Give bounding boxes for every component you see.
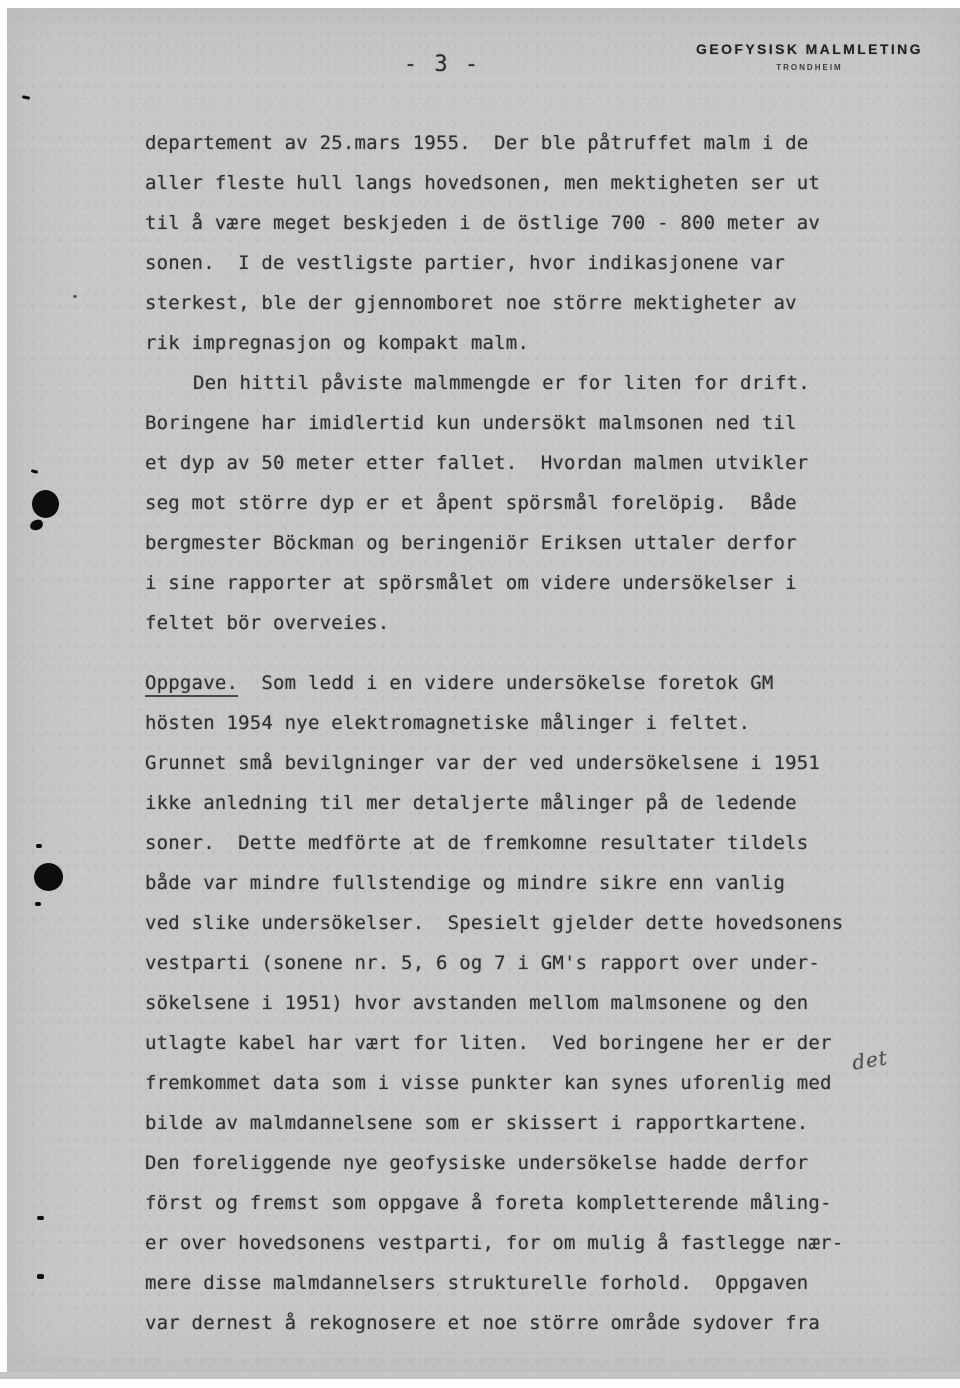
- document-body: departement av 25.mars 1955. Der ble påt…: [145, 123, 865, 1343]
- text-line: Boringene har imidlertid kun undersökt m…: [145, 403, 865, 443]
- text-line: vestparti (sonene nr. 5, 6 og 7 i GM's r…: [145, 943, 865, 983]
- text-line: seg mot större dyp er et åpent spörsmål …: [145, 483, 865, 523]
- text-line: först og fremst som oppgave å foreta kom…: [145, 1183, 865, 1223]
- text-line: hösten 1954 nye elektromagnetiske måling…: [145, 703, 865, 743]
- ink-speck: [73, 295, 77, 298]
- ink-speck: [37, 1274, 44, 1279]
- ink-speck: [31, 469, 39, 474]
- text-line: sökelsene i 1951) hvor avstanden mellom …: [145, 983, 865, 1023]
- letterhead: GEOFYSISK MALMLETING TRONDHEIM: [662, 41, 957, 72]
- text-line: er over hovedsonens vestparti, for om mu…: [145, 1223, 865, 1263]
- text-line: Den hittil påviste malmmengde er for lit…: [145, 363, 865, 403]
- text-line: aller fleste hull langs hovedsonen, men …: [145, 163, 865, 203]
- text-line: et dyp av 50 meter etter fallet. Hvordan…: [145, 443, 865, 483]
- text-line: soner. Dette medförte at de fremkomne re…: [145, 823, 865, 863]
- ink-speck: [22, 95, 30, 100]
- text-line: utlagte kabel har vært for liten. Ved bo…: [145, 1023, 865, 1063]
- text-line: sterkest, ble der gjennomboret noe störr…: [145, 283, 865, 323]
- letterhead-organization: GEOFYSISK MALMLETING: [662, 41, 957, 57]
- hole-punch-mark: [34, 863, 63, 891]
- underlined-heading: Oppgave.: [145, 672, 238, 697]
- text-line: fremkommet data som i visse punkter kan …: [145, 1063, 865, 1103]
- text-line: var dernest å rekognosere et noe större …: [145, 1303, 865, 1343]
- text-line: ikke anledning til mer detaljerte måling…: [145, 783, 865, 823]
- scan-bottom-edge: [0, 1372, 960, 1379]
- text-line: Den foreliggende nye geofysiske undersök…: [145, 1143, 865, 1183]
- text-line: sonen. I de vestligste partier, hvor ind…: [145, 243, 865, 283]
- text-line: i sine rapporter at spörsmålet om videre…: [145, 563, 865, 603]
- ink-speck: [35, 902, 41, 906]
- ink-speck: [37, 1216, 44, 1220]
- text-line: til å være meget beskjeden i de östlige …: [145, 203, 865, 243]
- text-line: mere disse malmdannelsers strukturelle f…: [145, 1263, 865, 1303]
- ink-speck: [36, 844, 42, 848]
- letterhead-location: TRONDHEIM: [662, 63, 957, 72]
- ink-blot: [29, 519, 44, 531]
- hole-punch-mark: [32, 490, 59, 518]
- text-line: både var mindre fullstendige og mindre s…: [145, 863, 865, 903]
- scanned-page: - 3 - GEOFYSISK MALMLETING TRONDHEIM dep…: [0, 0, 960, 1388]
- paper-sheet: - 3 - GEOFYSISK MALMLETING TRONDHEIM dep…: [7, 8, 960, 1372]
- text-line: Grunnet små bevilgninger var der ved und…: [145, 743, 865, 783]
- page-number: - 3 -: [397, 52, 487, 77]
- text-line: ved slike undersökelser. Spesielt gjelde…: [145, 903, 865, 943]
- text-line: bilde av malmdannelsene som er skissert …: [145, 1103, 865, 1143]
- text-line: feltet bör overveies.: [145, 603, 865, 643]
- handwritten-margin-note: det: [850, 1045, 889, 1074]
- text-line: Oppgave. Som ledd i en videre undersökel…: [145, 663, 865, 703]
- text-line: departement av 25.mars 1955. Der ble påt…: [145, 123, 865, 163]
- text-line: rik impregnasjon og kompakt malm.: [145, 323, 865, 363]
- text-line: bergmester Böckman og beringeniör Erikse…: [145, 523, 865, 563]
